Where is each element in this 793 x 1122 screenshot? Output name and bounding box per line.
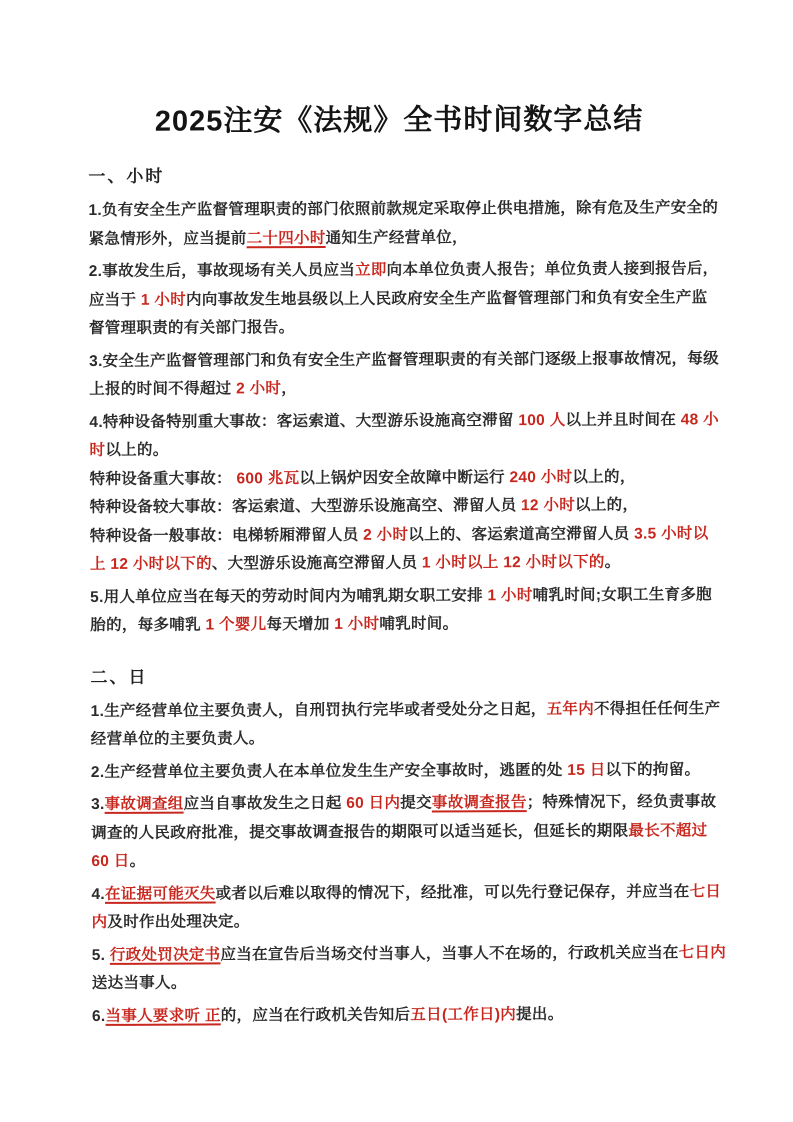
text-segment: 特种设备一般事故：电梯轿厢滞留人员	[90, 526, 363, 544]
text-segment: 以上并且时间在	[565, 411, 680, 429]
text-line: 3.安全生产监督管理部门和负有安全生产监督管理职责的有关部门逐级上报事故情况，每…	[89, 345, 729, 376]
text-segment: 上报的时间不得超过	[89, 380, 236, 398]
text-segment: 胎的，每多哺乳	[90, 616, 205, 634]
section: 一、小时1.负有安全生产监督管理职责的部门依照前款规定采取停止供电措施，除有危及…	[88, 161, 730, 640]
highlighted-text: 事故调查报告	[432, 794, 527, 811]
text-segment: 、大型游乐设施高空滞留人员	[212, 555, 422, 573]
text-segment: 或者以后难以取得的情况下，经批准，可以先行登记保存，并应当在	[216, 883, 690, 902]
text-segment: 1.负有安全生产监督管理职责的部门依照前款规定采取停止供电措施，除有危及生产安全…	[88, 199, 718, 219]
highlighted-text: 事故调查组	[105, 796, 184, 813]
paragraph: 1.负有安全生产监督管理职责的部门依照前款规定采取停止供电措施，除有危及生产安全…	[88, 194, 728, 254]
highlighted-text: 最长不超过	[628, 822, 707, 839]
text-segment: 以上的。	[105, 442, 168, 459]
text-line: 3.事故调查组应当自事故发生之日起 60 日内提交事故调查报告；特殊情况下，经负…	[91, 788, 731, 819]
highlighted-text: 七日内	[679, 944, 726, 961]
highlighted-text: 100 人	[518, 411, 565, 428]
paragraph: 2.生产经营单位主要负责人在本单位发生生产安全事故时，逃匿的处 15 日以下的拘…	[91, 756, 731, 787]
text-segment: 经营单位的主要负责人。	[91, 730, 265, 748]
text-segment: 特种设备较大事故：客运索道、大型游乐设施高空、滞留人员	[90, 497, 521, 516]
highlighted-text: 行政处罚决定书	[110, 946, 221, 963]
text-segment: 4.	[91, 885, 105, 902]
highlighted-text: 15 日	[567, 761, 605, 778]
paragraph: 2.事故发生后，事故现场有关人员应当立即向本单位负责人报告；单位负责人接到报告后…	[89, 255, 729, 343]
highlighted-text: 240 小时	[509, 468, 572, 485]
text-line: 2.事故发生后，事故现场有关人员应当立即向本单位负责人报告；单位负责人接到报告后…	[89, 255, 729, 286]
text-line: 时以上的。	[89, 434, 729, 465]
highlighted-text: 立即	[355, 262, 387, 279]
text-line: 特种设备较大事故：客运索道、大型游乐设施高空、滞留人员 12 小时以上的，	[90, 491, 730, 522]
section-heading: 一、小时	[88, 161, 728, 190]
text-line: 调查的人民政府批准，提交事故调查报告的期限可以适当延长，但延长的期限最长不超过	[91, 817, 731, 848]
text-segment: 以上的，	[575, 497, 638, 514]
paragraph: 4.在证据可能灭失或者以后难以取得的情况下，经批准，可以先行登记保存，并应当在七…	[91, 878, 731, 938]
text-segment: 应当自事故发生之日起	[184, 795, 347, 813]
text-segment: 以上的、客运索道高空滞留人员	[408, 525, 634, 543]
text-segment: 5.	[92, 946, 110, 963]
text-segment: 不得担任任何生产	[594, 700, 720, 718]
text-line: 特种设备重大事故： 600 兆瓦以上锅炉因安全故障中断运行 240 小时以上的，	[90, 463, 730, 494]
section: 二、日1.生产经营单位主要负责人，自刑罚执行完毕或者受处分之日起，五年内不得担任…	[90, 662, 732, 1031]
text-segment: 应当于	[89, 291, 141, 308]
text-segment: 督管理职责的有关部门报告。	[89, 319, 294, 337]
highlighted-text: 在证据可能灭失	[105, 885, 216, 902]
highlighted-text: 48 小	[681, 411, 719, 428]
paragraph: 3.事故调查组应当自事故发生之日起 60 日内提交事故调查报告；特殊情况下，经负…	[91, 788, 731, 876]
text-line: 送达当事人。	[92, 967, 732, 998]
text-segment: 提交	[400, 795, 432, 812]
highlighted-text: 12 小时	[521, 497, 575, 514]
text-line: 上报的时间不得超过 2 小时，	[89, 373, 729, 404]
paragraph: 5. 行政处罚决定书应当在宣告后当场交付当事人，当事人不在场的，行政机关应当在七…	[92, 939, 732, 999]
text-line: 4.在证据可能灭失或者以后难以取得的情况下，经批准，可以先行登记保存，并应当在七…	[91, 878, 731, 909]
text-segment: 3.安全生产监督管理部门和负有安全生产监督管理职责的有关部门逐级上报事故情况，每…	[89, 350, 719, 370]
highlighted-text: 1 小时以上 12 小时以下的	[422, 554, 605, 572]
text-segment: 紧急情形外，应当提前	[89, 230, 247, 248]
text-segment: 送达当事人。	[92, 975, 187, 992]
text-segment: 以下的拘留。	[605, 761, 700, 778]
text-segment: 哺乳时间;女职工生育多胞	[533, 586, 712, 604]
text-line: 2.生产经营单位主要负责人在本单位发生生产安全事故时，逃匿的处 15 日以下的拘…	[91, 756, 731, 787]
text-segment: 哺乳时间。	[379, 615, 458, 632]
text-line: 督管理职责的有关部门报告。	[89, 312, 729, 343]
highlighted-text: 五日(工作日)内	[410, 1006, 516, 1023]
highlighted-text: 上 12 小时以下的	[90, 555, 212, 573]
text-segment: ；特殊情况下，经负责事故	[527, 793, 717, 811]
paragraph: 5.用人单位应当在每天的劳动时间内为哺乳期女职工安排 1 小时哺乳时间;女职工生…	[90, 581, 730, 641]
highlighted-text: 1 小时	[141, 291, 186, 308]
text-segment: 调查的人民政府批准，提交事故调查报告的期限可以适当延长，但延长的期限	[91, 822, 628, 841]
text-segment: 每天增加	[266, 616, 334, 633]
text-line: 6.当事人要求听 正的，应当在行政机关告知后五日(工作日)内提出。	[92, 1000, 732, 1031]
text-line: 1.负有安全生产监督管理职责的部门依照前款规定采取停止供电措施，除有危及生产安全…	[88, 194, 728, 225]
section-heading: 二、日	[90, 662, 730, 691]
highlighted-text: 时	[89, 442, 105, 459]
document-body: 一、小时1.负有安全生产监督管理职责的部门依照前款规定采取停止供电措施，除有危及…	[88, 161, 732, 1031]
text-segment: 特种设备重大事故：	[90, 470, 237, 488]
highlighted-text: 2 小时	[363, 526, 408, 543]
text-segment: 2.事故发生后，事故现场有关人员应当	[89, 262, 355, 280]
text-segment: 的，应当在行政机关告知后	[221, 1006, 411, 1024]
highlighted-text: 五年内	[547, 700, 594, 717]
text-line: 特种设备一般事故：电梯轿厢滞留人员 2 小时以上的、客运索道高空滞留人员 3.5…	[90, 520, 730, 551]
highlighted-text: 1 小时	[334, 616, 379, 633]
text-segment: 。	[130, 853, 146, 870]
text-segment: 内向事故发生地县级以上人民政府安全生产监督管理部门和负有安全生产监	[186, 289, 707, 308]
paragraph: 6.当事人要求听 正的，应当在行政机关告知后五日(工作日)内提出。	[92, 1000, 732, 1031]
text-segment: 5.用人单位应当在每天的劳动时间内为哺乳期女职工安排	[90, 587, 487, 606]
text-line: 上 12 小时以下的、大型游乐设施高空滞留人员 1 小时以上 12 小时以下的。	[90, 548, 730, 579]
highlighted-text: 1 小时	[487, 587, 532, 604]
document-title: 2025注安《法规》全书时间数字总结	[88, 101, 710, 140]
text-segment: 1.生产经营单位主要负责人，自刑罚执行完毕或者受处分之日起，	[91, 701, 547, 720]
text-segment: ，	[281, 380, 297, 397]
text-segment: 通知生产经营单位，	[326, 229, 468, 247]
text-segment: 及时作出处理决定。	[107, 913, 249, 931]
text-line: 经营单位的主要负责人。	[91, 723, 731, 754]
text-segment: 。	[605, 554, 621, 571]
text-segment: 2.生产经营单位主要负责人在本单位发生生产安全事故时，逃匿的处	[91, 761, 567, 780]
highlighted-text: 60 日内	[346, 795, 400, 812]
highlighted-text: 600 兆瓦	[236, 470, 299, 487]
text-line: 5.用人单位应当在每天的劳动时间内为哺乳期女职工安排 1 小时哺乳时间;女职工生…	[90, 581, 730, 612]
highlighted-text: 60 日	[91, 853, 129, 870]
text-line: 应当于 1 小时内向事故发生地县级以上人民政府安全生产监督管理部门和负有安全生产…	[89, 284, 729, 315]
text-line: 胎的，每多哺乳 1 个婴儿每天增加 1 小时哺乳时间。	[90, 609, 730, 640]
highlighted-text: 3.5 小时以	[634, 525, 709, 542]
highlighted-text: 内	[92, 914, 108, 931]
text-segment: 向本单位负责人报告；单位负责人接到报告后，	[387, 260, 719, 278]
text-line: 1.生产经营单位主要负责人，自刑罚执行完毕或者受处分之日起，五年内不得担任任何生…	[91, 695, 731, 726]
highlighted-text: 当事人要求听 正	[105, 1007, 220, 1025]
text-segment: 应当在宣告后当场交付当事人，当事人不在场的，行政机关应当在	[220, 944, 678, 963]
paragraph: 4.特种设备特别重大事故：客运索道、大型游乐设施高空滞留 100 人以上并且时间…	[89, 406, 730, 580]
paragraph: 3.安全生产监督管理部门和负有安全生产监督管理职责的有关部门逐级上报事故情况，每…	[89, 345, 729, 405]
highlighted-text: 2 小时	[236, 380, 281, 397]
text-line: 60 日。	[91, 845, 731, 876]
highlighted-text: 二十四小时	[247, 229, 326, 246]
text-segment: 以上的，	[572, 468, 635, 485]
text-segment: 以上锅炉因安全故障中断运行	[299, 469, 509, 487]
text-line: 5. 行政处罚决定书应当在宣告后当场交付当事人，当事人不在场的，行政机关应当在七…	[92, 939, 732, 970]
text-line: 4.特种设备特别重大事故：客运索道、大型游乐设施高空滞留 100 人以上并且时间…	[89, 406, 729, 437]
document-sheet: 2025注安《法规》全书时间数字总结 一、小时1.负有安全生产监督管理职责的部门…	[88, 101, 732, 1035]
text-segment: 提出。	[516, 1005, 563, 1022]
highlighted-text: 1 个婴儿	[205, 616, 266, 633]
text-segment: 6.	[92, 1007, 106, 1024]
highlighted-text: 七日	[690, 883, 722, 900]
document-page: 2025注安《法规》全书时间数字总结 一、小时1.负有安全生产监督管理职责的部门…	[0, 0, 793, 1122]
text-segment: 4.特种设备特别重大事故：客运索道、大型游乐设施高空滞留	[89, 412, 518, 431]
text-line: 内及时作出处理决定。	[92, 906, 732, 937]
text-line: 紧急情形外，应当提前二十四小时通知生产经营单位，	[89, 223, 729, 254]
text-segment: 3.	[91, 796, 105, 813]
paragraph: 1.生产经营单位主要负责人，自刑罚执行完毕或者受处分之日起，五年内不得担任任何生…	[91, 695, 731, 755]
